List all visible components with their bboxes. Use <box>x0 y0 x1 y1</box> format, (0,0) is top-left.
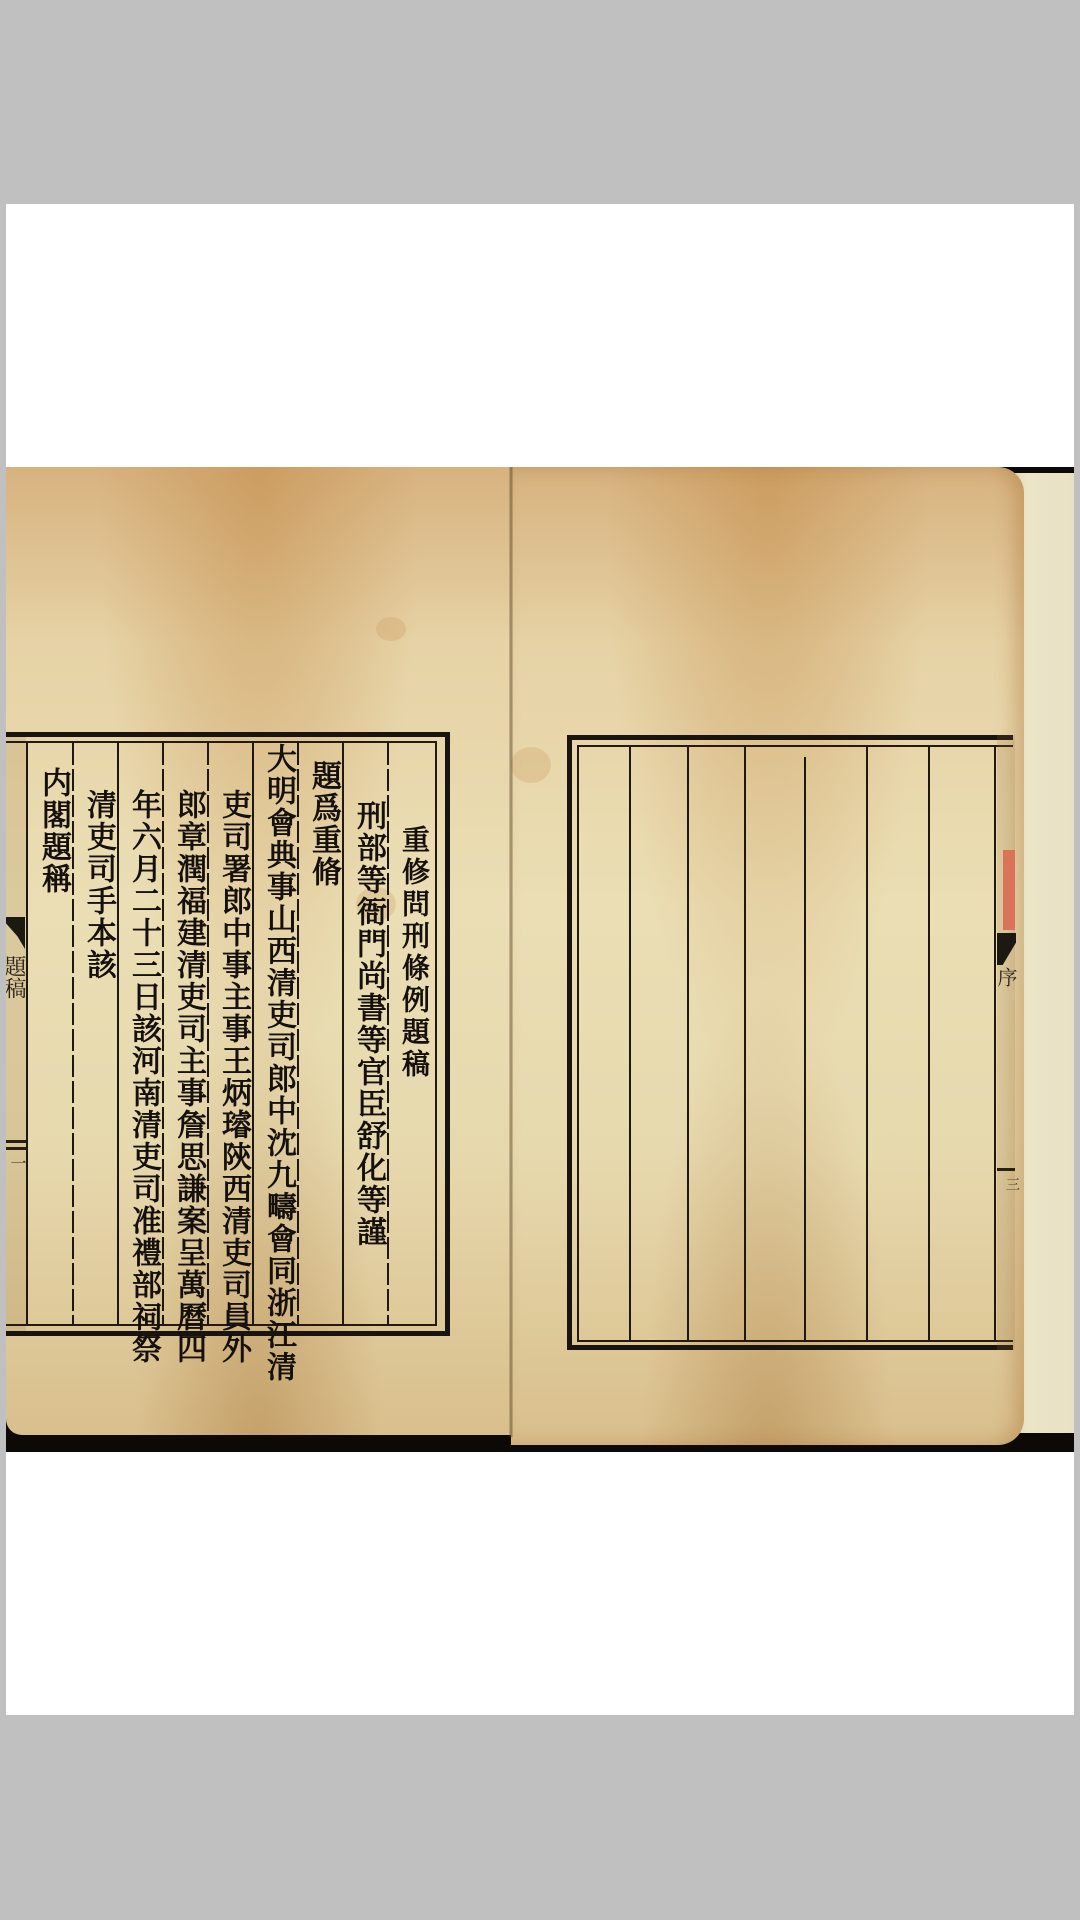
right-page: 序 三 <box>511 467 1024 1445</box>
text-column: 題爲重脩 <box>303 760 343 888</box>
column-rule <box>744 747 746 1341</box>
center-fold <box>509 467 513 1437</box>
column-rule <box>687 747 689 1341</box>
column-rule <box>26 743 28 1325</box>
text-column: 内閣題稱 <box>33 767 73 895</box>
red-bookmark-tab <box>1003 850 1015 930</box>
column-rule <box>804 757 806 1341</box>
text-column: 郎章潤福建清吏司主事詹思謙案呈萬曆四 <box>168 789 208 1365</box>
left-page: 題稿 一 重修問刑條例題稿 刑部等衙門尚書等官臣舒化等謹 題爲重脩 大明會典事山… <box>6 467 511 1435</box>
right-margin-label: 序 <box>995 967 1017 987</box>
text-column: 大明會典事山西清吏司郎中沈九疇會同浙江清 <box>258 743 298 1383</box>
text-column: 刑部等衙門尚書等官臣舒化等謹 <box>348 800 388 1248</box>
right-margin-strip <box>997 735 1015 1350</box>
margin-double-line <box>997 1168 1015 1171</box>
right-text-frame-inner <box>577 745 1013 1342</box>
column-rule <box>866 747 868 1341</box>
column-rule <box>994 747 996 1341</box>
paper-stain <box>376 617 406 641</box>
text-column-title: 重修問刑條例題稿 <box>394 825 434 1081</box>
right-margin-page-number: 三 <box>1001 1177 1023 1191</box>
text-column: 年六月二十三日該河南清吏司准禮部祠祭 <box>123 789 163 1365</box>
scanned-book-spread: 題稿 一 重修問刑條例題稿 刑部等衙門尚書等官臣舒化等謹 題爲重脩 大明會典事山… <box>6 467 1074 1452</box>
text-column: 清吏司手本該 <box>78 789 118 981</box>
column-rule <box>928 747 930 1341</box>
column-rule <box>629 747 631 1341</box>
paper-stain <box>511 747 551 783</box>
text-column: 吏司署郎中事主事王炳璿陝西清吏司員外 <box>213 789 253 1365</box>
